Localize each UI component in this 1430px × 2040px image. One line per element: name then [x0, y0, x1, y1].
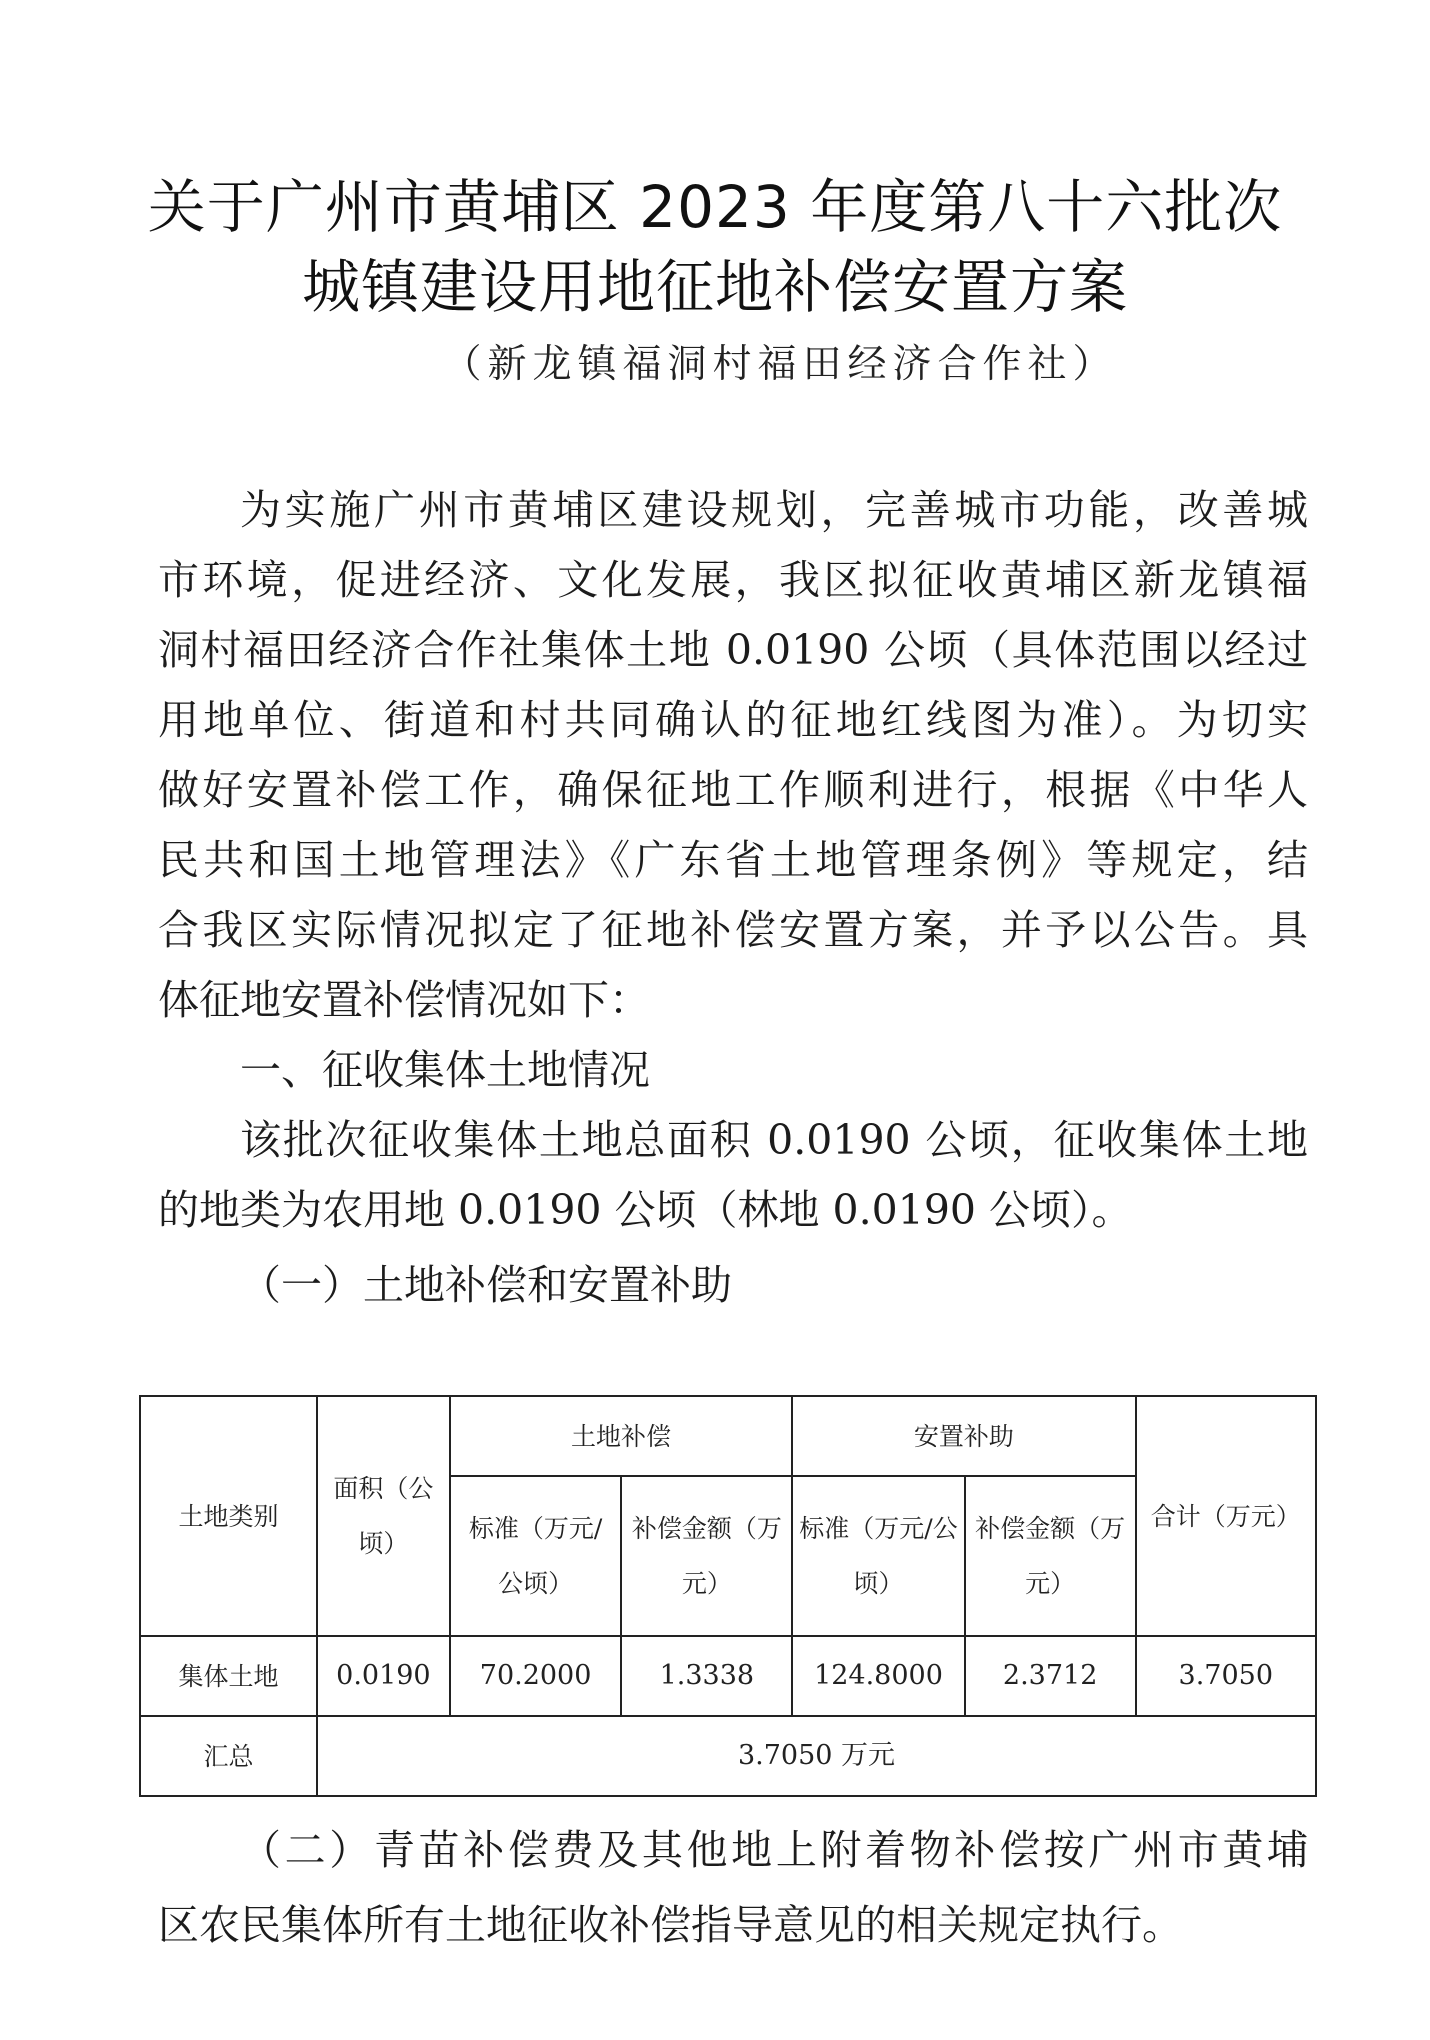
cell-resettle-standard: 124.8000	[792, 1636, 964, 1716]
header-resettlement-subsidy: 安置补助	[792, 1396, 1135, 1476]
subsection-1-heading: （一）土地补偿和安置补助	[240, 1265, 1308, 1306]
intro-line: 市环境，促进经济、文化发展，我区拟征收黄埔区新龙镇福	[158, 560, 1308, 601]
intro-line: 合我区实际情况拟定了征地补偿安置方案，并予以公告。具	[158, 910, 1308, 951]
document-title-line-1: 关于广州市黄埔区 2023 年度第八十六批次	[0, 160, 1430, 244]
header-area: 面积（公顷）	[317, 1396, 450, 1636]
document-subtitle: （新龙镇福洞村福田经济合作社）	[0, 333, 1430, 389]
cell-land-type: 集体土地	[140, 1636, 317, 1716]
compensation-table: 土地类别 面积（公顷） 土地补偿 安置补助 合计（万元） 标准（万元/公顷） 补…	[139, 1395, 1317, 1797]
intro-line: 体征地安置补偿情况如下：	[158, 980, 1308, 1021]
cell-area: 0.0190	[317, 1636, 450, 1716]
header-land-compensation: 土地补偿	[450, 1396, 792, 1476]
document-title-line-2: 城镇建设用地征地补偿安置方案	[0, 240, 1430, 324]
intro-line: 做好安置补偿工作，确保征地工作顺利进行，根据《中华人	[158, 770, 1308, 811]
header-land-type: 土地类别	[140, 1396, 317, 1636]
cell-land-comp-standard: 70.2000	[450, 1636, 622, 1716]
header-total: 合计（万元）	[1136, 1396, 1316, 1636]
subsection-2-line: 区农民集体所有土地征收补偿指导意见的相关规定执行。	[158, 1905, 1308, 1946]
cell-land-comp-amount: 1.3338	[621, 1636, 792, 1716]
subsection-2-line: （二）青苗补偿费及其他地上附着物补偿按广州市黄埔	[240, 1830, 1308, 1871]
intro-line: 为实施广州市黄埔区建设规划，完善城市功能，改善城	[240, 490, 1308, 531]
header-land-comp-standard: 标准（万元/公顷）	[450, 1476, 622, 1636]
cell-resettle-amount: 2.3712	[965, 1636, 1136, 1716]
cell-total: 3.7050	[1136, 1636, 1316, 1716]
summary-value: 3.7050 万元	[317, 1716, 1316, 1796]
intro-line: 民共和国土地管理法》《广东省土地管理条例》等规定，结	[158, 840, 1308, 881]
summary-row: 汇总 3.7050 万元	[140, 1716, 1316, 1796]
intro-line: 洞村福田经济合作社集体土地 0.0190 公顷（具体范围以经过	[158, 630, 1308, 671]
section-1-line: 该批次征收集体土地总面积 0.0190 公顷，征收集体土地	[240, 1120, 1308, 1161]
intro-line: 用地单位、街道和村共同确认的征地红线图为准）。为切实	[158, 700, 1308, 741]
header-land-comp-amount: 补偿金额（万元）	[621, 1476, 792, 1636]
section-1-heading: 一、征收集体土地情况	[240, 1050, 1308, 1091]
header-resettle-standard: 标准（万元/公顷）	[792, 1476, 964, 1636]
header-resettle-amount: 补偿金额（万元）	[965, 1476, 1136, 1636]
table-row: 集体土地 0.0190 70.2000 1.3338 124.8000 2.37…	[140, 1636, 1316, 1716]
summary-label: 汇总	[140, 1716, 317, 1796]
section-1-line: 的地类为农用地 0.0190 公顷（林地 0.0190 公顷）。	[158, 1190, 1308, 1231]
